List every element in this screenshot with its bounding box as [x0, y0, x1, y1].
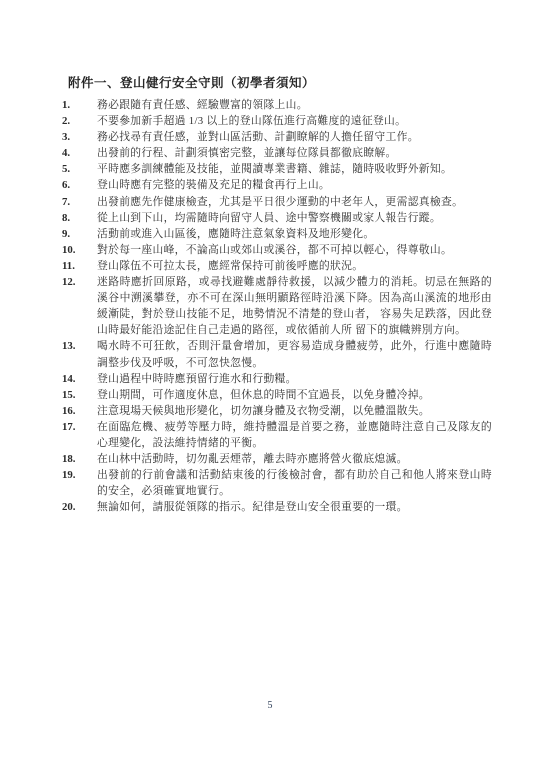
item-number: 4. [62, 145, 97, 161]
list-item: 16. 注意現場天候與地形變化，切勿讓身體及衣物受潮，以免體溫散失。 [62, 403, 492, 419]
list-item: 20. 無論如何，請服從領隊的指示。紀律是登山安全很重要的一環。 [62, 499, 492, 515]
list-item: 13. 喝水時不可狂飲，否則汗量會增加，更容易造成身體疲勞，此外，行進中應隨時調… [62, 338, 492, 370]
item-number: 6. [62, 177, 97, 193]
item-text: 登山過程中時時應預留行進水和行動糧。 [97, 371, 492, 387]
item-number: 10. [62, 242, 97, 258]
list-item: 12. 迷路時應折回原路，或尋找避難處靜待救援，以減少體力的消耗。切忌在無路的溪… [62, 274, 492, 338]
page-title: 附件一、登山健行安全守則（初學者須知） [68, 76, 492, 91]
item-number: 15. [62, 387, 97, 403]
item-number: 13. [62, 338, 97, 354]
item-text: 務必跟隨有責任感、經驗豐富的領隊上山。 [97, 97, 492, 113]
list-item: 4. 出發前的行程、計劃須慎密完整，並讓每位隊員都徹底瞭解。 [62, 145, 492, 161]
item-text: 對於每一座山峰，不論高山或郊山或溪谷，都不可掉以輕心，得尊敬山。 [97, 242, 492, 258]
item-text: 注意現場天候與地形變化，切勿讓身體及衣物受潮，以免體溫散失。 [97, 403, 492, 419]
item-text: 平時應多訓練體能及技能，並閱讀專業書籍、雜誌，隨時吸收野外新知。 [97, 161, 492, 177]
item-text: 在面臨危機、疲勞等壓力時，維持體溫是首要之務，並應隨時注意自己及隊友的心理變化，… [97, 419, 492, 451]
list-item: 8. 從上山到下山，均需隨時向留守人員、途中警察機關或家人報告行蹤。 [62, 210, 492, 226]
item-number: 5. [62, 161, 97, 177]
list-item: 19. 出發前的行前會議和活動結束後的行後檢討會，都有助於自己和他人將來登山時的… [62, 467, 492, 499]
list-item: 17. 在面臨危機、疲勞等壓力時，維持體溫是首要之務，並應隨時注意自己及隊友的心… [62, 419, 492, 451]
item-text: 出發前的行前會議和活動結束後的行後檢討會，都有助於自己和他人將來登山時的安全，必… [97, 467, 492, 499]
item-number: 17. [62, 419, 97, 435]
document-body: 附件一、登山健行安全守則（初學者須知） 1. 務必跟隨有責任感、經驗豐富的領隊上… [62, 76, 492, 515]
item-number: 8. [62, 210, 97, 226]
item-text: 務必找尋有責任感，並對山區活動、計劃瞭解的人擔任留守工作。 [97, 129, 492, 145]
document-page: 附件一、登山健行安全守則（初學者須知） 1. 務必跟隨有責任感、經驗豐富的領隊上… [0, 0, 550, 768]
item-number: 2. [62, 113, 97, 129]
item-text: 不要參加新手超過 1/3 以上的登山隊伍進行高難度的遠征登山。 [97, 113, 492, 129]
item-text: 從上山到下山，均需隨時向留守人員、途中警察機關或家人報告行蹤。 [97, 210, 492, 226]
list-item: 3. 務必找尋有責任感，並對山區活動、計劃瞭解的人擔任留守工作。 [62, 129, 492, 145]
item-number: 20. [62, 499, 97, 515]
item-text: 登山期間，可作適度休息，但休息的時間不宜過長，以免身體冷掉。 [97, 387, 492, 403]
list-item: 9. 活動前或進入山區後，應隨時注意氣象資料及地形變化。 [62, 226, 492, 242]
list-item: 14. 登山過程中時時應預留行進水和行動糧。 [62, 371, 492, 387]
item-number: 18. [62, 451, 97, 467]
item-number: 7. [62, 194, 97, 210]
item-number: 3. [62, 129, 97, 145]
list-item: 2. 不要參加新手超過 1/3 以上的登山隊伍進行高難度的遠征登山。 [62, 113, 492, 129]
item-number: 16. [62, 403, 97, 419]
item-text: 登山時應有完整的裝備及充足的糧食再行上山。 [97, 177, 492, 193]
item-number: 1. [62, 97, 97, 113]
item-number: 9. [62, 226, 97, 242]
item-number: 12. [62, 274, 97, 290]
list-item: 10. 對於每一座山峰，不論高山或郊山或溪谷，都不可掉以輕心，得尊敬山。 [62, 242, 492, 258]
item-text: 無論如何，請服從領隊的指示。紀律是登山安全很重要的一環。 [97, 499, 492, 515]
item-number: 19. [62, 467, 97, 483]
item-text: 登山隊伍不可拉太長，應經常保持可前後呼應的狀況。 [97, 258, 492, 274]
page-number: 5 [0, 700, 540, 711]
rules-list: 1. 務必跟隨有責任感、經驗豐富的領隊上山。 2. 不要參加新手超過 1/3 以… [62, 97, 492, 515]
item-text: 在山林中活動時，切勿亂丟煙蒂，離去時亦應將營火徹底熄滅。 [97, 451, 492, 467]
list-item: 5. 平時應多訓練體能及技能，並閱讀專業書籍、雜誌，隨時吸收野外新知。 [62, 161, 492, 177]
item-text: 喝水時不可狂飲，否則汗量會增加，更容易造成身體疲勞，此外，行進中應隨時調整步伐及… [97, 338, 492, 370]
list-item: 6. 登山時應有完整的裝備及充足的糧食再行上山。 [62, 177, 492, 193]
list-item: 1. 務必跟隨有責任感、經驗豐富的領隊上山。 [62, 97, 492, 113]
item-number: 14. [62, 371, 97, 387]
item-number: 11. [62, 258, 97, 274]
item-text: 迷路時應折回原路，或尋找避難處靜待救援，以減少體力的消耗。切忌在無路的溪谷中溯溪… [97, 274, 492, 338]
item-text: 活動前或進入山區後，應隨時注意氣象資料及地形變化。 [97, 226, 492, 242]
list-item: 7. 出發前應先作健康檢查，尤其是平日很少運動的中老年人，更需認真檢查。 [62, 194, 492, 210]
list-item: 18. 在山林中活動時，切勿亂丟煙蒂，離去時亦應將營火徹底熄滅。 [62, 451, 492, 467]
list-item: 15. 登山期間，可作適度休息，但休息的時間不宜過長，以免身體冷掉。 [62, 387, 492, 403]
list-item: 11. 登山隊伍不可拉太長，應經常保持可前後呼應的狀況。 [62, 258, 492, 274]
item-text: 出發前應先作健康檢查，尤其是平日很少運動的中老年人，更需認真檢查。 [97, 194, 492, 210]
item-text: 出發前的行程、計劃須慎密完整，並讓每位隊員都徹底瞭解。 [97, 145, 492, 161]
